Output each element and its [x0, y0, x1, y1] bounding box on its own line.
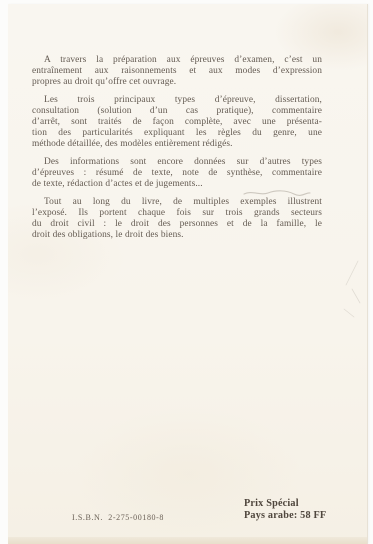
- text-line: d’épreuves : résumé de texte, note de sy…: [32, 168, 322, 179]
- text-line: entraînement aux raisonnements et aux mo…: [32, 66, 322, 77]
- text-line: méthode détaillée, des modèles entièreme…: [32, 139, 322, 150]
- book-back-cover: A travers la préparation aux épreuves d’…: [8, 4, 368, 544]
- scanned-page-canvas: A travers la préparation aux épreuves d’…: [0, 0, 373, 544]
- text-line: Les trois principaux types d’épreuve, di…: [32, 95, 322, 106]
- text-line: Tout au long du livre, de multiples exem…: [32, 197, 322, 208]
- blurb-text-block: A travers la préparation aux épreuves d’…: [32, 55, 322, 248]
- text-line: Des informations sont encore données sur…: [32, 157, 322, 168]
- page-bottom-edge-shadow: [8, 537, 367, 544]
- text-line: droit des obligations, le droit des bien…: [32, 230, 322, 241]
- paragraph-1: A travers la préparation aux épreuves d’…: [32, 55, 322, 88]
- text-line: tion des particularités expliquant les r…: [32, 128, 322, 139]
- paragraph-2: Les trois principaux types d’épreuve, di…: [32, 95, 322, 150]
- scratch-mark: [338, 259, 364, 319]
- pencil-squiggle-mark: [242, 186, 312, 198]
- text-line: d’arrêt, sont traités de façon complète,…: [32, 117, 322, 128]
- text-line: l’exposé. Ils portent chaque fois sur tr…: [32, 208, 322, 219]
- text-line: consultation (solution d’un cas pratique…: [32, 106, 322, 117]
- text-line: du droit civil : le droit des personnes …: [32, 219, 322, 230]
- paragraph-4: Tout au long du livre, de multiples exem…: [32, 197, 322, 241]
- price-line-1: Prix Spécial: [244, 498, 326, 510]
- price-line-2: Pays arabe: 58 FF: [244, 510, 326, 522]
- price-block: Prix Spécial Pays arabe: 58 FF: [244, 498, 326, 521]
- text-line: propres au droit qu’offre cet ouvrage.: [32, 77, 322, 88]
- text-line: A travers la préparation aux épreuves d’…: [32, 55, 322, 66]
- isbn-label: I.S.B.N. 2-275-00180-8: [72, 513, 164, 522]
